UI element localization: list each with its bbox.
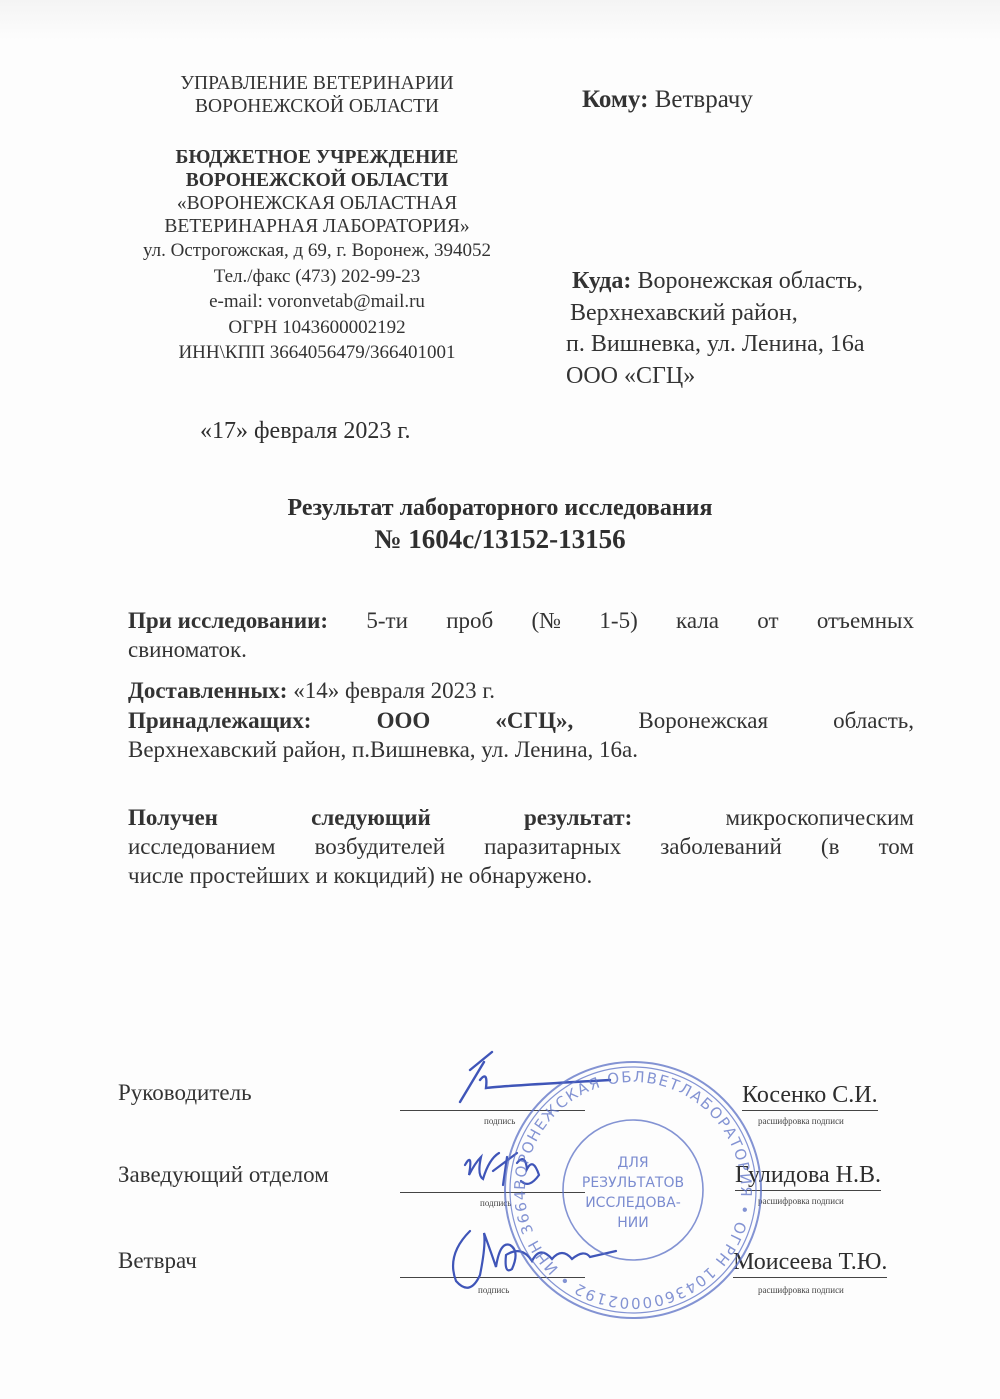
signature-role: Руководитель (118, 1080, 252, 1106)
sender-email: e-mail: voronvetab@mail.ru (112, 289, 522, 315)
recipient-address: Куда: Воронежская область, Верхнехавский… (566, 266, 864, 392)
where-line2: Верхнехавский район, (566, 298, 864, 330)
org-line2: ВОРОНЕЖСКОЙ ОБЛАСТИ (112, 169, 522, 192)
document-page: УПРАВЛЕНИЕ ВЕТЕРИНАРИИ ВОРОНЕЖСКОЙ ОБЛАС… (0, 0, 1000, 1399)
word: отъемных (817, 606, 914, 635)
to-label: Кому: (582, 86, 648, 113)
sender-address: ул. Острогожская, д 69, г. Воронеж, 3940… (112, 238, 522, 264)
org-line3: «ВОРОНЕЖСКАЯ ОБЛАСТНАЯ (112, 192, 522, 215)
word: 5-ти (366, 606, 408, 635)
study-line2: свиноматок. (128, 635, 914, 664)
signature-row-vet: Ветврач подпись Моисеева Т.Ю. расшифровк… (0, 1245, 1000, 1315)
signature-decode: расшифровка подписи (758, 1196, 844, 1206)
signature-caption: подпись (480, 1198, 511, 1208)
signature-name: Моисеева Т.Ю. (733, 1249, 887, 1278)
signature-role: Заведующий отделом (118, 1162, 329, 1188)
where-label: Куда: (572, 268, 631, 294)
sender-header: УПРАВЛЕНИЕ ВЕТЕРИНАРИИ ВОРОНЕЖСКОЙ ОБЛАС… (112, 72, 522, 366)
word: микроскопическим (725, 803, 914, 832)
word: кала (676, 606, 719, 635)
result-paragraph: Получен следующий результат: микроскопич… (128, 803, 914, 890)
word: (№ (532, 606, 562, 635)
word: 1-5) (599, 606, 637, 635)
word: возбудителей (315, 832, 445, 861)
delivered-label: Доставленных: (128, 678, 287, 703)
result-number: № 1604с/13152-13156 (0, 524, 1000, 555)
sender-inn-kpp: ИНН\КПП 3664056479/366401001 (112, 340, 522, 366)
document-title: Результат лабораторного исследования № 1… (0, 493, 1000, 555)
delivered-value: «14» февраля 2023 г. (287, 678, 495, 703)
signature-row-head: Руководитель подпись Косенко С.И. расшиф… (0, 1078, 1000, 1148)
word: от (757, 606, 778, 635)
word: ООО (377, 706, 431, 735)
sender-phone: Тел./факс (473) 202-99-23 (112, 264, 522, 290)
word: результат: (524, 803, 632, 832)
word: том (879, 832, 914, 861)
word: следующий (311, 803, 431, 832)
signature-line (400, 1192, 585, 1193)
signature-name: Гулидова Н.В. (735, 1162, 881, 1191)
issue-date: «17» февраля 2023 г. (200, 418, 411, 445)
study-label: При исследовании: (128, 606, 328, 635)
where-line1: Воронежская область, (631, 268, 863, 294)
parent-org-line2: ВОРОНЕЖСКОЙ ОБЛАСТИ (112, 95, 522, 118)
word: «СГЦ», (495, 706, 573, 735)
signature-line (400, 1110, 585, 1111)
where-line4: ООО «СГЦ» (566, 361, 864, 393)
signature-row-department: Заведующий отделом подпись Гулидова Н.В.… (0, 1160, 1000, 1230)
signature-caption: подпись (484, 1116, 515, 1126)
word: паразитарных (484, 832, 621, 861)
sender-ogrn: ОГРН 1043600002192 (112, 315, 522, 341)
signature-caption: подпись (478, 1285, 509, 1295)
word: проб (446, 606, 493, 635)
to-value: Ветврачу (648, 86, 752, 113)
parent-org-line1: УПРАВЛЕНИЕ ВЕТЕРИНАРИИ (112, 72, 522, 95)
signature-name: Косенко С.И. (742, 1082, 878, 1111)
owner-paragraph: Принадлежащих: ООО «СГЦ», Воронежская об… (128, 706, 914, 764)
signature-decode: расшифровка подписи (758, 1116, 844, 1126)
study-paragraph: При исследовании: 5-ти проб (№ 1-5) кала… (128, 606, 914, 664)
result-line3: числе простейших и кокцидий) не обнаруже… (128, 861, 914, 890)
delivered-paragraph: Доставленных: «14» февраля 2023 г. (128, 676, 914, 705)
where-line3: п. Вишневка, ул. Ленина, 16а (566, 329, 864, 361)
signature-role: Ветврач (118, 1248, 197, 1274)
org-line1: БЮДЖЕТНОЕ УЧРЕЖДЕНИЕ (112, 146, 522, 169)
signature-line (400, 1277, 585, 1278)
title-line1: Результат лабораторного исследования (288, 495, 713, 521)
signature-decode: расшифровка подписи (758, 1285, 844, 1295)
org-line4: ВЕТЕРИНАРНАЯ ЛАБОРАТОРИЯ» (112, 215, 522, 238)
word: Воронежская (638, 706, 768, 735)
owner-label: Принадлежащих: (128, 706, 311, 735)
recipient-to: Кому: Ветврачу (582, 86, 753, 114)
word: исследованием (128, 832, 275, 861)
word: Получен (128, 803, 218, 832)
word: область, (833, 706, 914, 735)
word: (в (821, 832, 840, 861)
owner-line2: Верхнехавский район, п.Вишневка, ул. Лен… (128, 735, 914, 764)
scan-shadow (0, 0, 1000, 40)
word: заболеваний (660, 832, 782, 861)
